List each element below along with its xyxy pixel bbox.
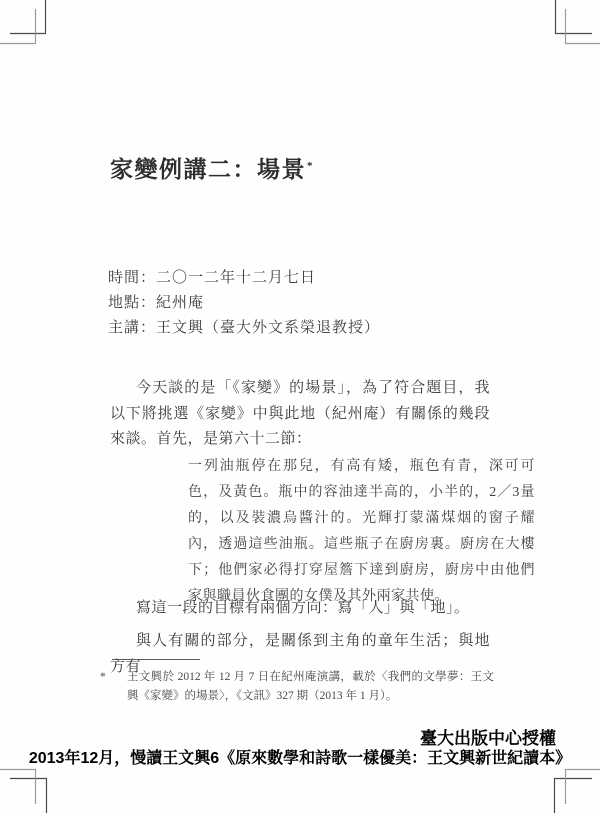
footnote: * 王文興於 2012 年 12 月 7 日在紀州庵演講，載於〈我們的文學夢：王… xyxy=(100,668,494,705)
title-footnote-marker: * xyxy=(307,160,313,172)
lecture-meta: 時間：二〇一二年十二月七日 地點：紀州庵 主講：王文興（臺大外文系榮退教授） xyxy=(108,266,380,341)
meta-line-time: 時間：二〇一二年十二月七日 xyxy=(108,266,380,291)
footnote-text: 王文興於 2012 年 12 月 7 日在紀州庵演講，載於〈我們的文學夢：王文興… xyxy=(127,668,494,705)
scanned-book-page: 家變例講二：場景* 時間：二〇一二年十二月七日 地點：紀州庵 主講：王文興（臺大… xyxy=(0,0,600,813)
paragraph-intro: 今天談的是「《家變》的場景」，為了符合題目，我以下將挑選《家變》中與此地（紀州庵… xyxy=(110,376,490,453)
page-title: 家變例講二：場景* xyxy=(110,151,313,184)
footnote-separator xyxy=(112,659,200,660)
meta-line-speaker: 主講：王文興（臺大外文系榮退教授） xyxy=(108,316,380,341)
book-source-caption: 2013年12月，慢讀王文興6《原來數學和詩歌一樣優美：王文興新世紀讀本》 xyxy=(0,745,600,768)
footnote-marker: * xyxy=(100,668,127,705)
paragraph-goal: 寫這一段的目標有兩個方向：寫「人」與「地」。 xyxy=(110,596,490,622)
blockquote-excerpt: 一列油瓶停在那兒，有高有矮，瓶色有青，深可可色，及黃色。瓶中的容油達半高的，小半… xyxy=(188,454,535,610)
page-title-text: 家變例講二：場景 xyxy=(110,157,306,182)
meta-line-place: 地點：紀州庵 xyxy=(108,291,380,316)
